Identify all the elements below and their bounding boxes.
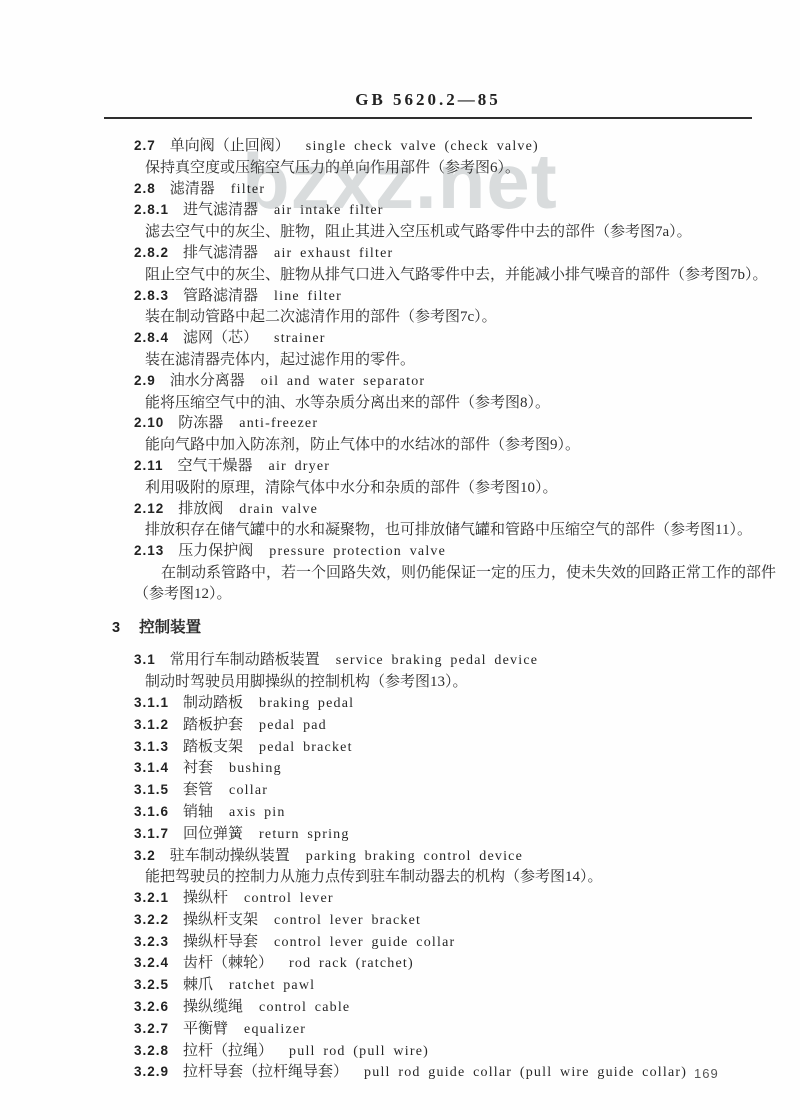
- entry-number: 3.1.5: [134, 782, 169, 797]
- term-english: air dryer: [269, 459, 331, 474]
- term-english: control lever: [244, 891, 334, 906]
- term-english: pull rod (pull wire): [289, 1044, 429, 1059]
- definition-line: 能将压缩空气中的油、水等杂质分离出来的部件（参考图8）。: [145, 395, 550, 411]
- term-english: air exhaust filter: [274, 246, 393, 261]
- entry-number: 2.9: [134, 373, 156, 388]
- term-chinese: 操纵杆导套: [183, 934, 258, 950]
- term-english: equalizer: [244, 1022, 306, 1037]
- term-row: 3.1.3踏板支架pedal bracket: [134, 737, 780, 759]
- term-chinese: 销轴: [183, 804, 213, 820]
- term-row: 3.1.2踏板护套pedal pad: [134, 715, 780, 737]
- term-row: 2.9油水分离器oil and water separator: [134, 371, 780, 393]
- entry-number: 2.8.1: [134, 202, 169, 217]
- definition-text: 滤去空气中的灰尘、脏物，阻止其进入空压机或气路零件中去的部件（参考图7a）。: [145, 222, 780, 243]
- term-chinese: 衬套: [183, 760, 213, 776]
- term-chinese: 操纵杆支架: [183, 912, 258, 928]
- term-english: axis pin: [229, 805, 286, 820]
- definition-line: 装在滤清器壳体内，起过滤作用的零件。: [145, 352, 415, 368]
- term-english: service braking pedal device: [336, 653, 538, 668]
- term-row: 3.1.6销轴axis pin: [134, 802, 780, 824]
- definition-text: 能将压缩空气中的油、水等杂质分离出来的部件（参考图8）。: [145, 393, 780, 414]
- term-chinese: 操纵杆: [183, 890, 228, 906]
- term-row: 3.1.4衬套bushing: [134, 758, 780, 780]
- term-english: braking pedal: [259, 696, 354, 711]
- term-row: 3.2.4齿杆（棘轮）rod rack (ratchet): [134, 953, 780, 975]
- section-heading: 3控制装置: [112, 618, 780, 639]
- term-english: line filter: [274, 289, 342, 304]
- term-row: 3.2.2操纵杆支架control lever bracket: [134, 910, 780, 932]
- term-chinese: 拉杆（拉绳）: [183, 1043, 273, 1059]
- definition-line: 保持真空度或压缩空气压力的单向作用部件（参考图6）。: [145, 160, 520, 176]
- entry-number: 2.8.4: [134, 330, 169, 345]
- header-rule: [104, 117, 752, 119]
- entry-number: 2.8: [134, 181, 156, 196]
- definition-line: 制动时驾驶员用脚操纵的控制机构（参考图13）。: [145, 674, 468, 690]
- definition-line: 阻止空气中的灰尘、脏物从排气口进入气路零件中去，并能减小排气噪音的部件（参考图7…: [145, 267, 768, 283]
- term-chinese: 齿杆（棘轮）: [183, 955, 273, 971]
- definition-text: 制动时驾驶员用脚操纵的控制机构（参考图13）。: [145, 672, 780, 693]
- term-english: drain valve: [239, 502, 318, 517]
- term-chinese: 驻车制动操纵装置: [170, 848, 290, 864]
- entry-number: 2.13: [134, 543, 164, 558]
- entry-number: 3.2.6: [134, 999, 169, 1014]
- definition-text: 排放积存在储气罐中的水和凝聚物，也可排放储气罐和管路中压缩空气的部件（参考图11…: [145, 520, 780, 541]
- term-chinese: 回位弹簧: [183, 826, 243, 842]
- entry-number: 3.2: [134, 848, 156, 863]
- standard-code-header: GB 5620.2—85: [104, 90, 752, 110]
- term-row: 2.8.1进气滤清器air intake filter: [134, 200, 780, 222]
- scanned-standard-page: bzxz.net GB 5620.2—85 2.7单向阀（止回阀）single …: [0, 0, 800, 1120]
- term-chinese: 常用行车制动踏板装置: [170, 652, 320, 668]
- term-english: parking braking control device: [306, 849, 523, 864]
- definition-line: 滤去空气中的灰尘、脏物，阻止其进入空压机或气路零件中去的部件（参考图7a）。: [145, 224, 692, 240]
- term-english: single check valve (check valve): [306, 139, 539, 154]
- term-english: oil and water separator: [261, 374, 426, 389]
- term-row: 3.1.1制动踏板braking pedal: [134, 693, 780, 715]
- term-chinese: 套管: [183, 782, 213, 798]
- entry-number: 3.1.6: [134, 804, 169, 819]
- definition-line: 装在制动管路中起二次滤清作用的部件（参考图7c）。: [145, 309, 497, 325]
- term-row: 3.1常用行车制动踏板装置service braking pedal devic…: [134, 650, 780, 672]
- term-row: 3.2.6操纵缆绳control cable: [134, 997, 780, 1019]
- entries: 2.7单向阀（止回阀）single check valve (check val…: [112, 136, 780, 1084]
- definition-text: 利用吸附的原理，清除气体中水分和杂质的部件（参考图10）。: [145, 478, 780, 499]
- term-chinese: 滤网（芯）: [183, 330, 258, 346]
- term-english: pedal bracket: [259, 740, 353, 755]
- entry-number: 3.1.7: [134, 826, 169, 841]
- entry-number: 3.1.2: [134, 717, 169, 732]
- definition-line: 在制动系管路中，若一个回路失效，则仍能保证一定的压力，使未失效的回路正常工作的部…: [134, 565, 776, 602]
- entry-number: 3.1.3: [134, 739, 169, 754]
- term-english: collar: [229, 783, 268, 798]
- entry-number: 3.1.4: [134, 760, 169, 775]
- term-chinese: 排气滤清器: [183, 245, 258, 261]
- term-row: 3.2.5棘爪ratchet pawl: [134, 975, 780, 997]
- entry-number: 2.7: [134, 138, 156, 153]
- term-english: return spring: [259, 827, 350, 842]
- entry-number: 2.12: [134, 501, 164, 516]
- definition-text: 能把驾驶员的控制力从施力点传到驻车制动器去的机构（参考图14）。: [145, 867, 780, 888]
- term-chinese: 控制装置: [139, 619, 201, 636]
- term-chinese: 滤清器: [170, 181, 215, 197]
- term-row: 3.2.8拉杆（拉绳）pull rod (pull wire): [134, 1041, 780, 1063]
- term-english: filter: [231, 182, 265, 197]
- entry-number: 3.2.2: [134, 912, 169, 927]
- term-english: strainer: [274, 331, 326, 346]
- term-chinese: 踏板护套: [183, 717, 243, 733]
- entry-number: 3.1: [134, 652, 156, 667]
- definition-line: 能向气路中加入防冻剂，防止气体中的水结冰的部件（参考图9）。: [145, 437, 580, 453]
- term-english: air intake filter: [274, 203, 384, 218]
- term-english: rod rack (ratchet): [289, 956, 414, 971]
- term-row: 3.1.5套管collar: [134, 780, 780, 802]
- term-english: pull rod guide collar (pull wire guide c…: [364, 1065, 687, 1080]
- term-chinese: 空气干燥器: [178, 458, 253, 474]
- term-chinese: 踏板支架: [183, 739, 243, 755]
- definition-text: 装在滤清器壳体内，起过滤作用的零件。: [145, 350, 780, 371]
- term-row: 2.13压力保护阀pressure protection valve: [134, 541, 780, 563]
- term-row: 3.2驻车制动操纵装置parking braking control devic…: [134, 846, 780, 868]
- entry-number: 2.8.2: [134, 245, 169, 260]
- entry-number: 2.8.3: [134, 288, 169, 303]
- definition-text: 保持真空度或压缩空气压力的单向作用部件（参考图6）。: [145, 158, 780, 179]
- definition-text: 装在制动管路中起二次滤清作用的部件（参考图7c）。: [145, 307, 780, 328]
- term-english: control lever bracket: [274, 913, 421, 928]
- term-chinese: 单向阀（止回阀）: [170, 138, 290, 154]
- term-row: 3.2.9拉杆导套（拉杆绳导套）pull rod guide collar (p…: [134, 1062, 780, 1084]
- term-chinese: 油水分离器: [170, 373, 245, 389]
- term-row: 2.7单向阀（止回阀）single check valve (check val…: [134, 136, 780, 158]
- term-chinese: 压力保护阀: [178, 543, 253, 559]
- term-row: 2.8滤清器filter: [134, 179, 780, 201]
- term-row: 2.10防冻器anti-freezer: [134, 413, 780, 435]
- entry-number: 3.2.8: [134, 1043, 169, 1058]
- term-chinese: 防冻器: [178, 415, 223, 431]
- entry-number: 3.2.3: [134, 934, 169, 949]
- term-row: 2.8.2排气滤清器air exhaust filter: [134, 243, 780, 265]
- term-chinese: 排放阀: [178, 501, 223, 517]
- term-english: pressure protection valve: [269, 544, 446, 559]
- term-chinese: 拉杆导套（拉杆绳导套）: [183, 1064, 348, 1080]
- term-row: 3.2.7平衡臂equalizer: [134, 1019, 780, 1041]
- entry-number: 3.2.7: [134, 1021, 169, 1036]
- term-english: bushing: [229, 761, 282, 776]
- page-number: 169: [694, 1066, 719, 1081]
- term-chinese: 操纵缆绳: [183, 999, 243, 1015]
- entry-number: 3.2.9: [134, 1064, 169, 1079]
- term-english: pedal pad: [259, 718, 327, 733]
- term-row: 3.1.7回位弹簧return spring: [134, 824, 780, 846]
- definition-text: 能向气路中加入防冻剂，防止气体中的水结冰的部件（参考图9）。: [145, 435, 780, 456]
- entry-number: 2.10: [134, 415, 164, 430]
- term-chinese: 平衡臂: [183, 1021, 228, 1037]
- entry-number: 3.2.5: [134, 977, 169, 992]
- entry-number: 3.2.4: [134, 955, 169, 970]
- term-row: 2.8.3管路滤清器line filter: [134, 286, 780, 308]
- term-row: 2.11空气干燥器air dryer: [134, 456, 780, 478]
- term-chinese: 棘爪: [183, 977, 213, 993]
- definition-line: 能把驾驶员的控制力从施力点传到驻车制动器去的机构（参考图14）。: [145, 869, 603, 885]
- term-english: control cable: [259, 1000, 350, 1015]
- definition-text: 阻止空气中的灰尘、脏物从排气口进入气路零件中去，并能减小排气噪音的部件（参考图7…: [145, 265, 780, 286]
- entry-number: 3.1.1: [134, 695, 169, 710]
- term-row: 3.2.1操纵杆control lever: [134, 888, 780, 910]
- term-english: control lever guide collar: [274, 935, 455, 950]
- term-row: 2.8.4滤网（芯）strainer: [134, 328, 780, 350]
- term-row: 2.12排放阀drain valve: [134, 499, 780, 521]
- definition-line: 利用吸附的原理，清除气体中水分和杂质的部件（参考图10）。: [145, 480, 558, 496]
- term-chinese: 管路滤清器: [183, 288, 258, 304]
- entry-number: 3.2.1: [134, 890, 169, 905]
- term-row: 3.2.3操纵杆导套control lever guide collar: [134, 932, 780, 954]
- term-english: anti-freezer: [239, 416, 318, 431]
- term-chinese: 制动踏板: [183, 695, 243, 711]
- entry-number: 3: [112, 620, 121, 636]
- definition-line: 排放积存在储气罐中的水和凝聚物，也可排放储气罐和管路中压缩空气的部件（参考图11…: [145, 522, 752, 538]
- term-english: ratchet pawl: [229, 978, 315, 993]
- definition-text: 在制动系管路中，若一个回路失效，则仍能保证一定的压力，使未失效的回路正常工作的部…: [134, 563, 780, 605]
- entry-number: 2.11: [134, 458, 164, 473]
- term-chinese: 进气滤清器: [183, 202, 258, 218]
